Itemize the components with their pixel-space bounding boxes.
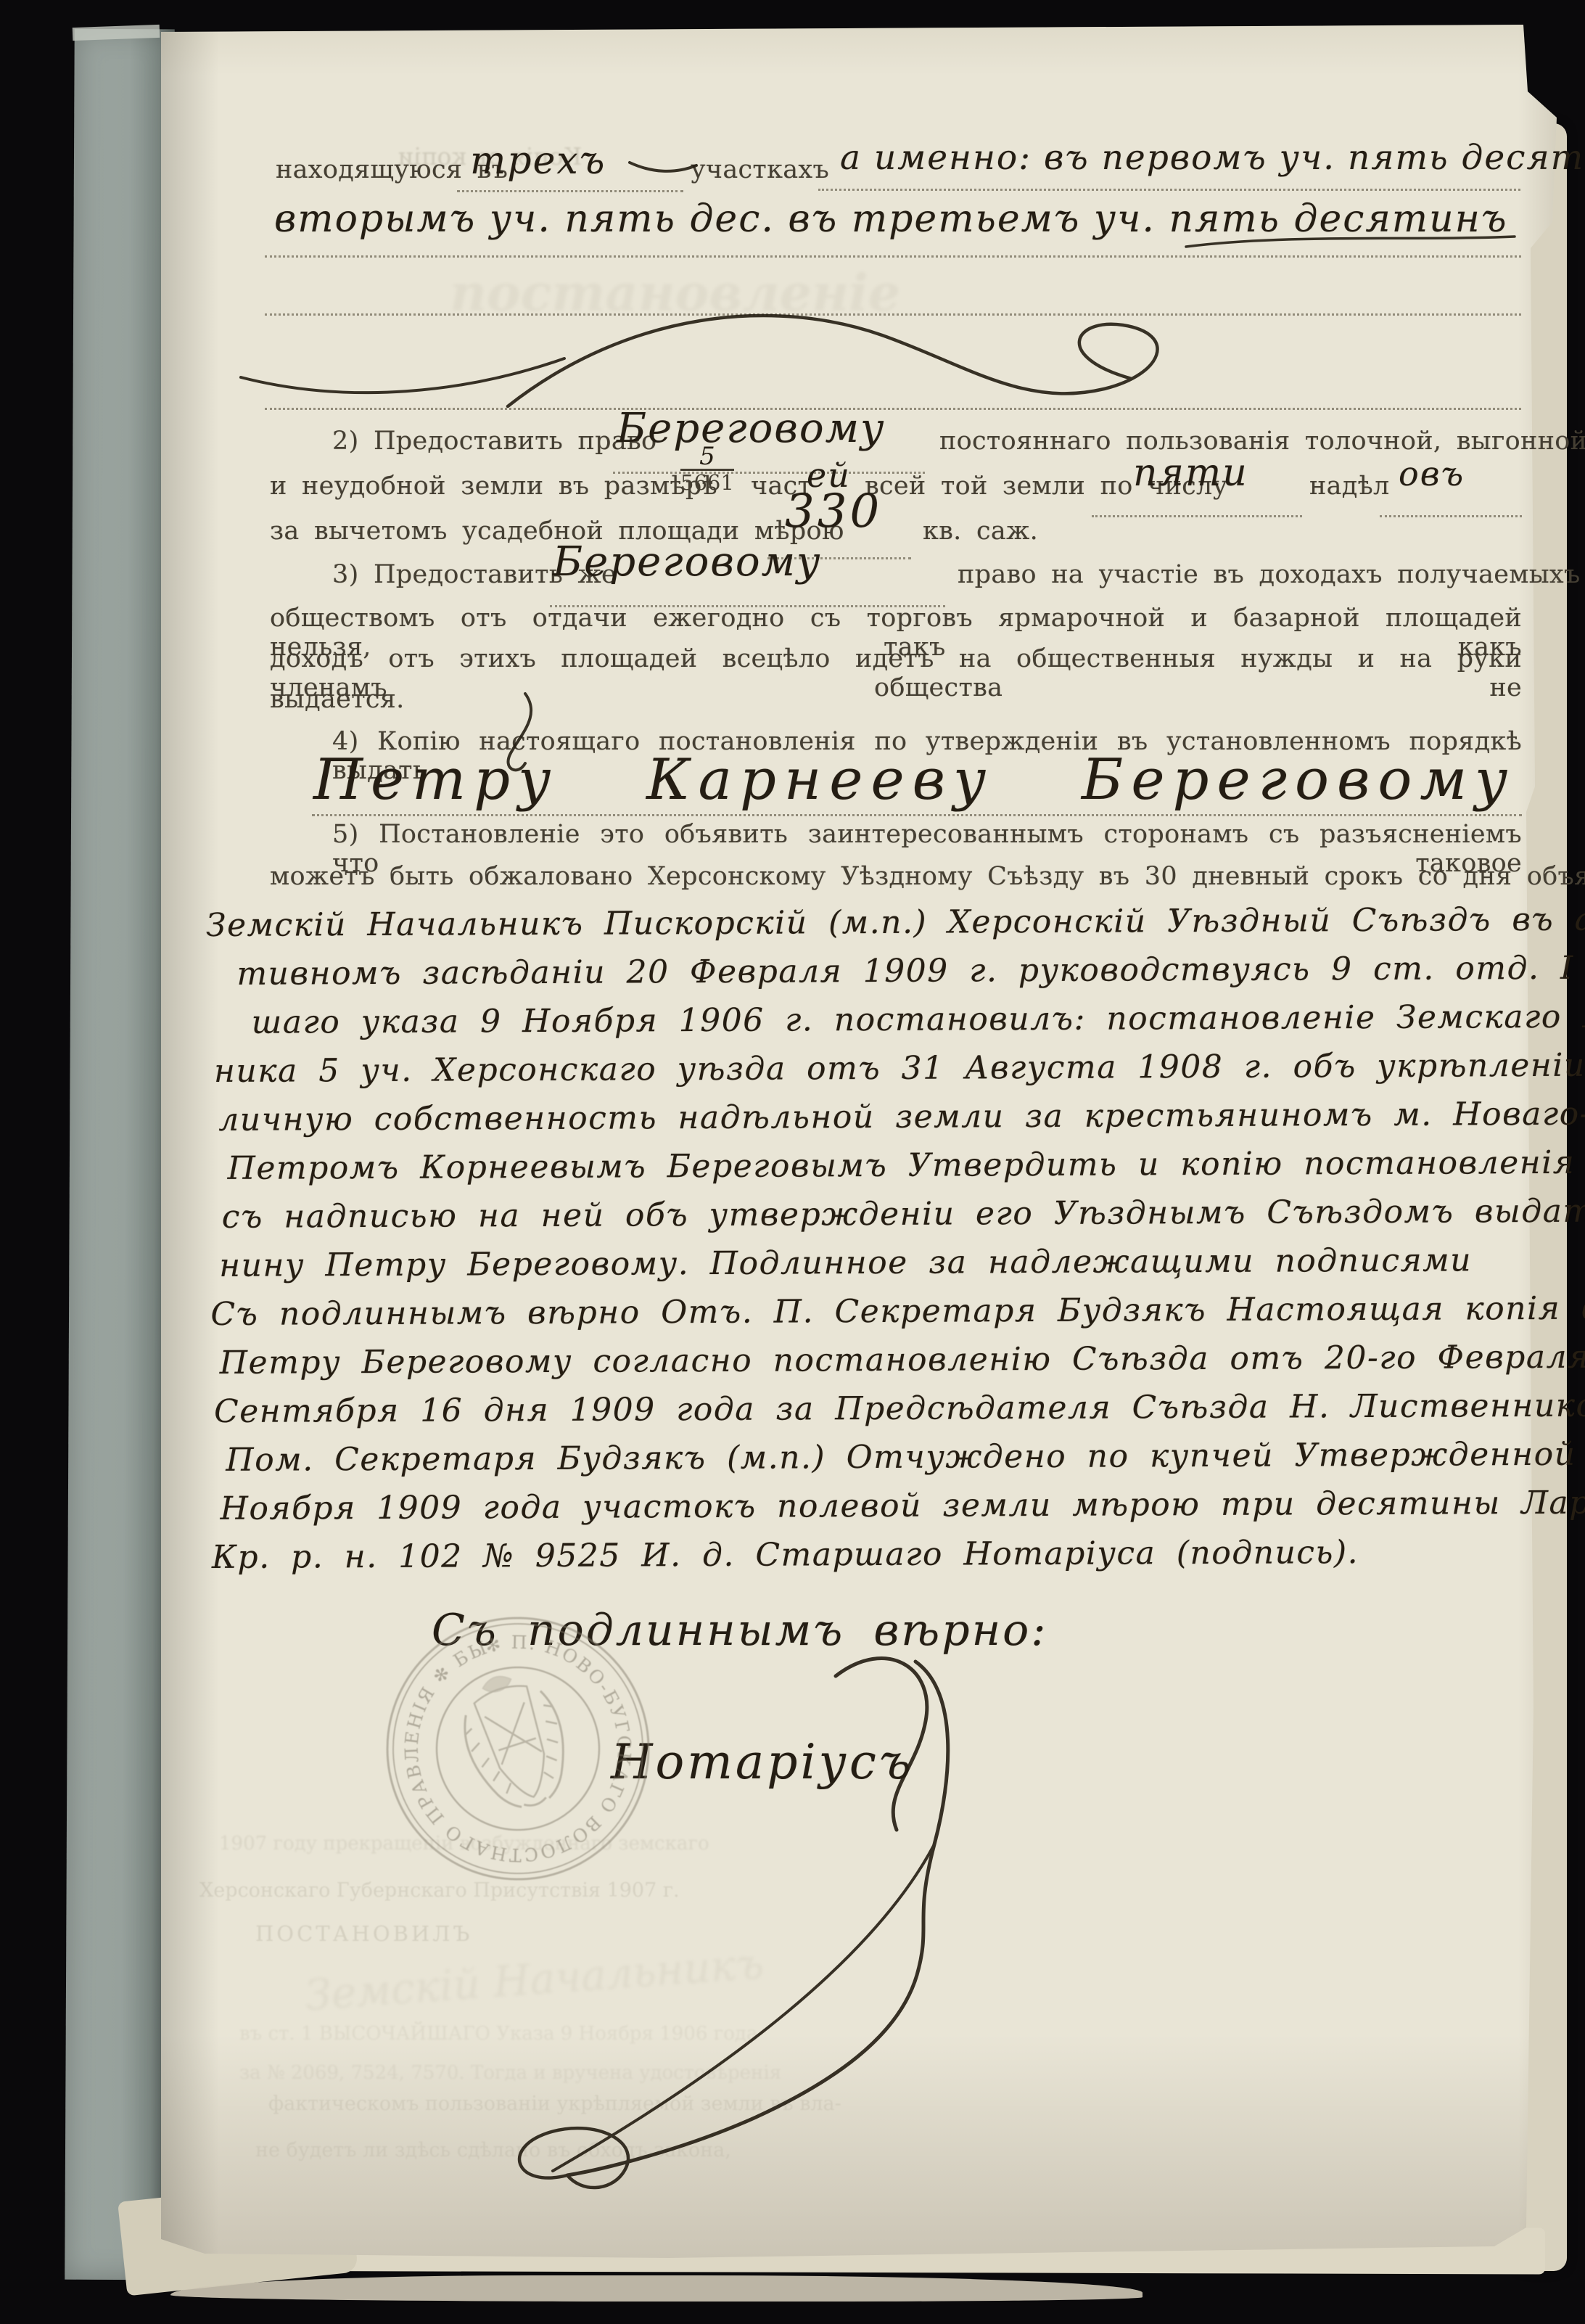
fill-in-rule	[265, 313, 1521, 316]
torn-bottom-sliver	[170, 2275, 1143, 2302]
fill-in-rule	[265, 255, 1521, 258]
fill-in-rule	[1092, 515, 1302, 517]
manuscript-line: нину Петру Береговому. Подлинное за надл…	[219, 1236, 1529, 1290]
clause3-handwritten-name: Береговому	[553, 538, 822, 586]
clause2-hand-330: 330	[785, 485, 882, 538]
clause2-handwritten-name: Береговому	[617, 405, 886, 452]
clause2-printed-lead: 2) Предоставить право	[332, 427, 656, 456]
manuscript-line: шаго указа 9 Ноября 1906 г. постановилъ:…	[252, 993, 1528, 1047]
fraction-numerator: 5	[680, 444, 734, 469]
ghost-line: не будетъ ли здѣсь сдѣлано въ обходъ зак…	[255, 2139, 731, 2161]
clause1-handwritten-line2: вторымъ уч. пять дес. въ третьемъ уч. пя…	[274, 197, 1508, 241]
manuscript-line: ника 5 уч. Херсонскаго уѣзда отъ 31 Авгу…	[214, 1041, 1528, 1096]
manuscript-block: Земскій Начальникъ Пискорскій (м.п.) Хер…	[218, 895, 1531, 1582]
fill-in-rule	[265, 408, 1521, 410]
clause3-line3: доходъ отъ этихъ площадей всецѣло идетъ …	[270, 644, 1522, 702]
clause5-line2: можетъ быть обжаловано Херсонскому Уѣздн…	[270, 862, 1585, 891]
binding-strip	[65, 29, 175, 2280]
clause2-line2-lead: и неудобной земли въ размѣрѣ	[270, 472, 717, 501]
manuscript-line: съ надписью на ней объ утвержденіи его У…	[222, 1187, 1529, 1241]
clause1-printed-uchastkakh: участкахъ	[691, 155, 829, 184]
ghost-line: въ ст. 1 ВЫСОЧАЙШАГО Указа 9 Ноября 1906…	[239, 2023, 757, 2045]
coat-of-arms-icon	[450, 1663, 581, 1819]
clause2-printed-tail: постояннаго пользованія толочной, выгонн…	[939, 427, 1585, 456]
clause3-line4: выдается.	[270, 685, 405, 714]
fill-in-rule	[818, 189, 1520, 191]
manuscript-line: Петромъ Корнеевымъ Береговымъ Утвердить …	[227, 1138, 1528, 1193]
manuscript-line: Сентября 16 дня 1909 года за Предсѣдател…	[214, 1381, 1530, 1436]
clause1-handwritten-imenno: а именно: въ первомъ уч. пять десятво	[840, 138, 1585, 178]
manuscript-line: Петру Береговому согласно постановленію …	[220, 1333, 1530, 1387]
clause4-handwritten-full-name: Петру Карнееву Береговому	[313, 747, 1515, 813]
clause2-hand-ov: овъ	[1399, 454, 1465, 493]
manuscript-line: личную собственность надѣльной земли за …	[218, 1090, 1528, 1144]
manuscript-line: Земскій Начальникъ Пискорскій (м.п.) Хер…	[206, 895, 1528, 950]
manuscript-line: Кр. р. н. 102 № 9525 И. д. Старшаго Нота…	[212, 1527, 1531, 1582]
manuscript-line: тивномъ засѣданіи 20 Февраля 1909 г. рук…	[236, 944, 1528, 998]
manuscript-line: Пом. Секретаря Будзякъ (м.п.) Отчуждено …	[226, 1430, 1530, 1485]
clause1-handwritten-trekh: трехъ	[470, 139, 606, 183]
manuscript-line: Ноября 1909 года участокъ полевой земли …	[220, 1479, 1530, 1533]
fraction-denominator: 5661	[680, 469, 734, 493]
fill-in-rule	[312, 814, 1522, 816]
ghost-line: фактическомъ пользованіи укрѣпляемой зем…	[268, 2093, 841, 2115]
clause3-printed-tail: право на участіе въ доходахъ получаемыхъ	[958, 560, 1581, 589]
clause2-hand-pyati: пяти	[1133, 451, 1248, 495]
fill-in-rule	[457, 190, 683, 192]
manuscript-line: Съ подлиннымъ вѣрно Отъ. П. Секретаря Бу…	[210, 1284, 1529, 1339]
archive-scan: { "clauses": { "c1_printed1": "находящую…	[0, 0, 1585, 2324]
land-share-fraction: 5 5661	[680, 444, 734, 493]
ghost-resolved-word: ПОСТАНОВИЛЪ	[255, 1921, 472, 1946]
ghost-line: за № 2069, 7524, 7570. Тогда и вручена у…	[239, 2062, 781, 2084]
fill-in-rule	[1380, 515, 1522, 517]
clause2-printed-nadel: надѣл	[1309, 472, 1390, 501]
clause2-printed-kvsazh: кв. саж.	[923, 517, 1038, 546]
